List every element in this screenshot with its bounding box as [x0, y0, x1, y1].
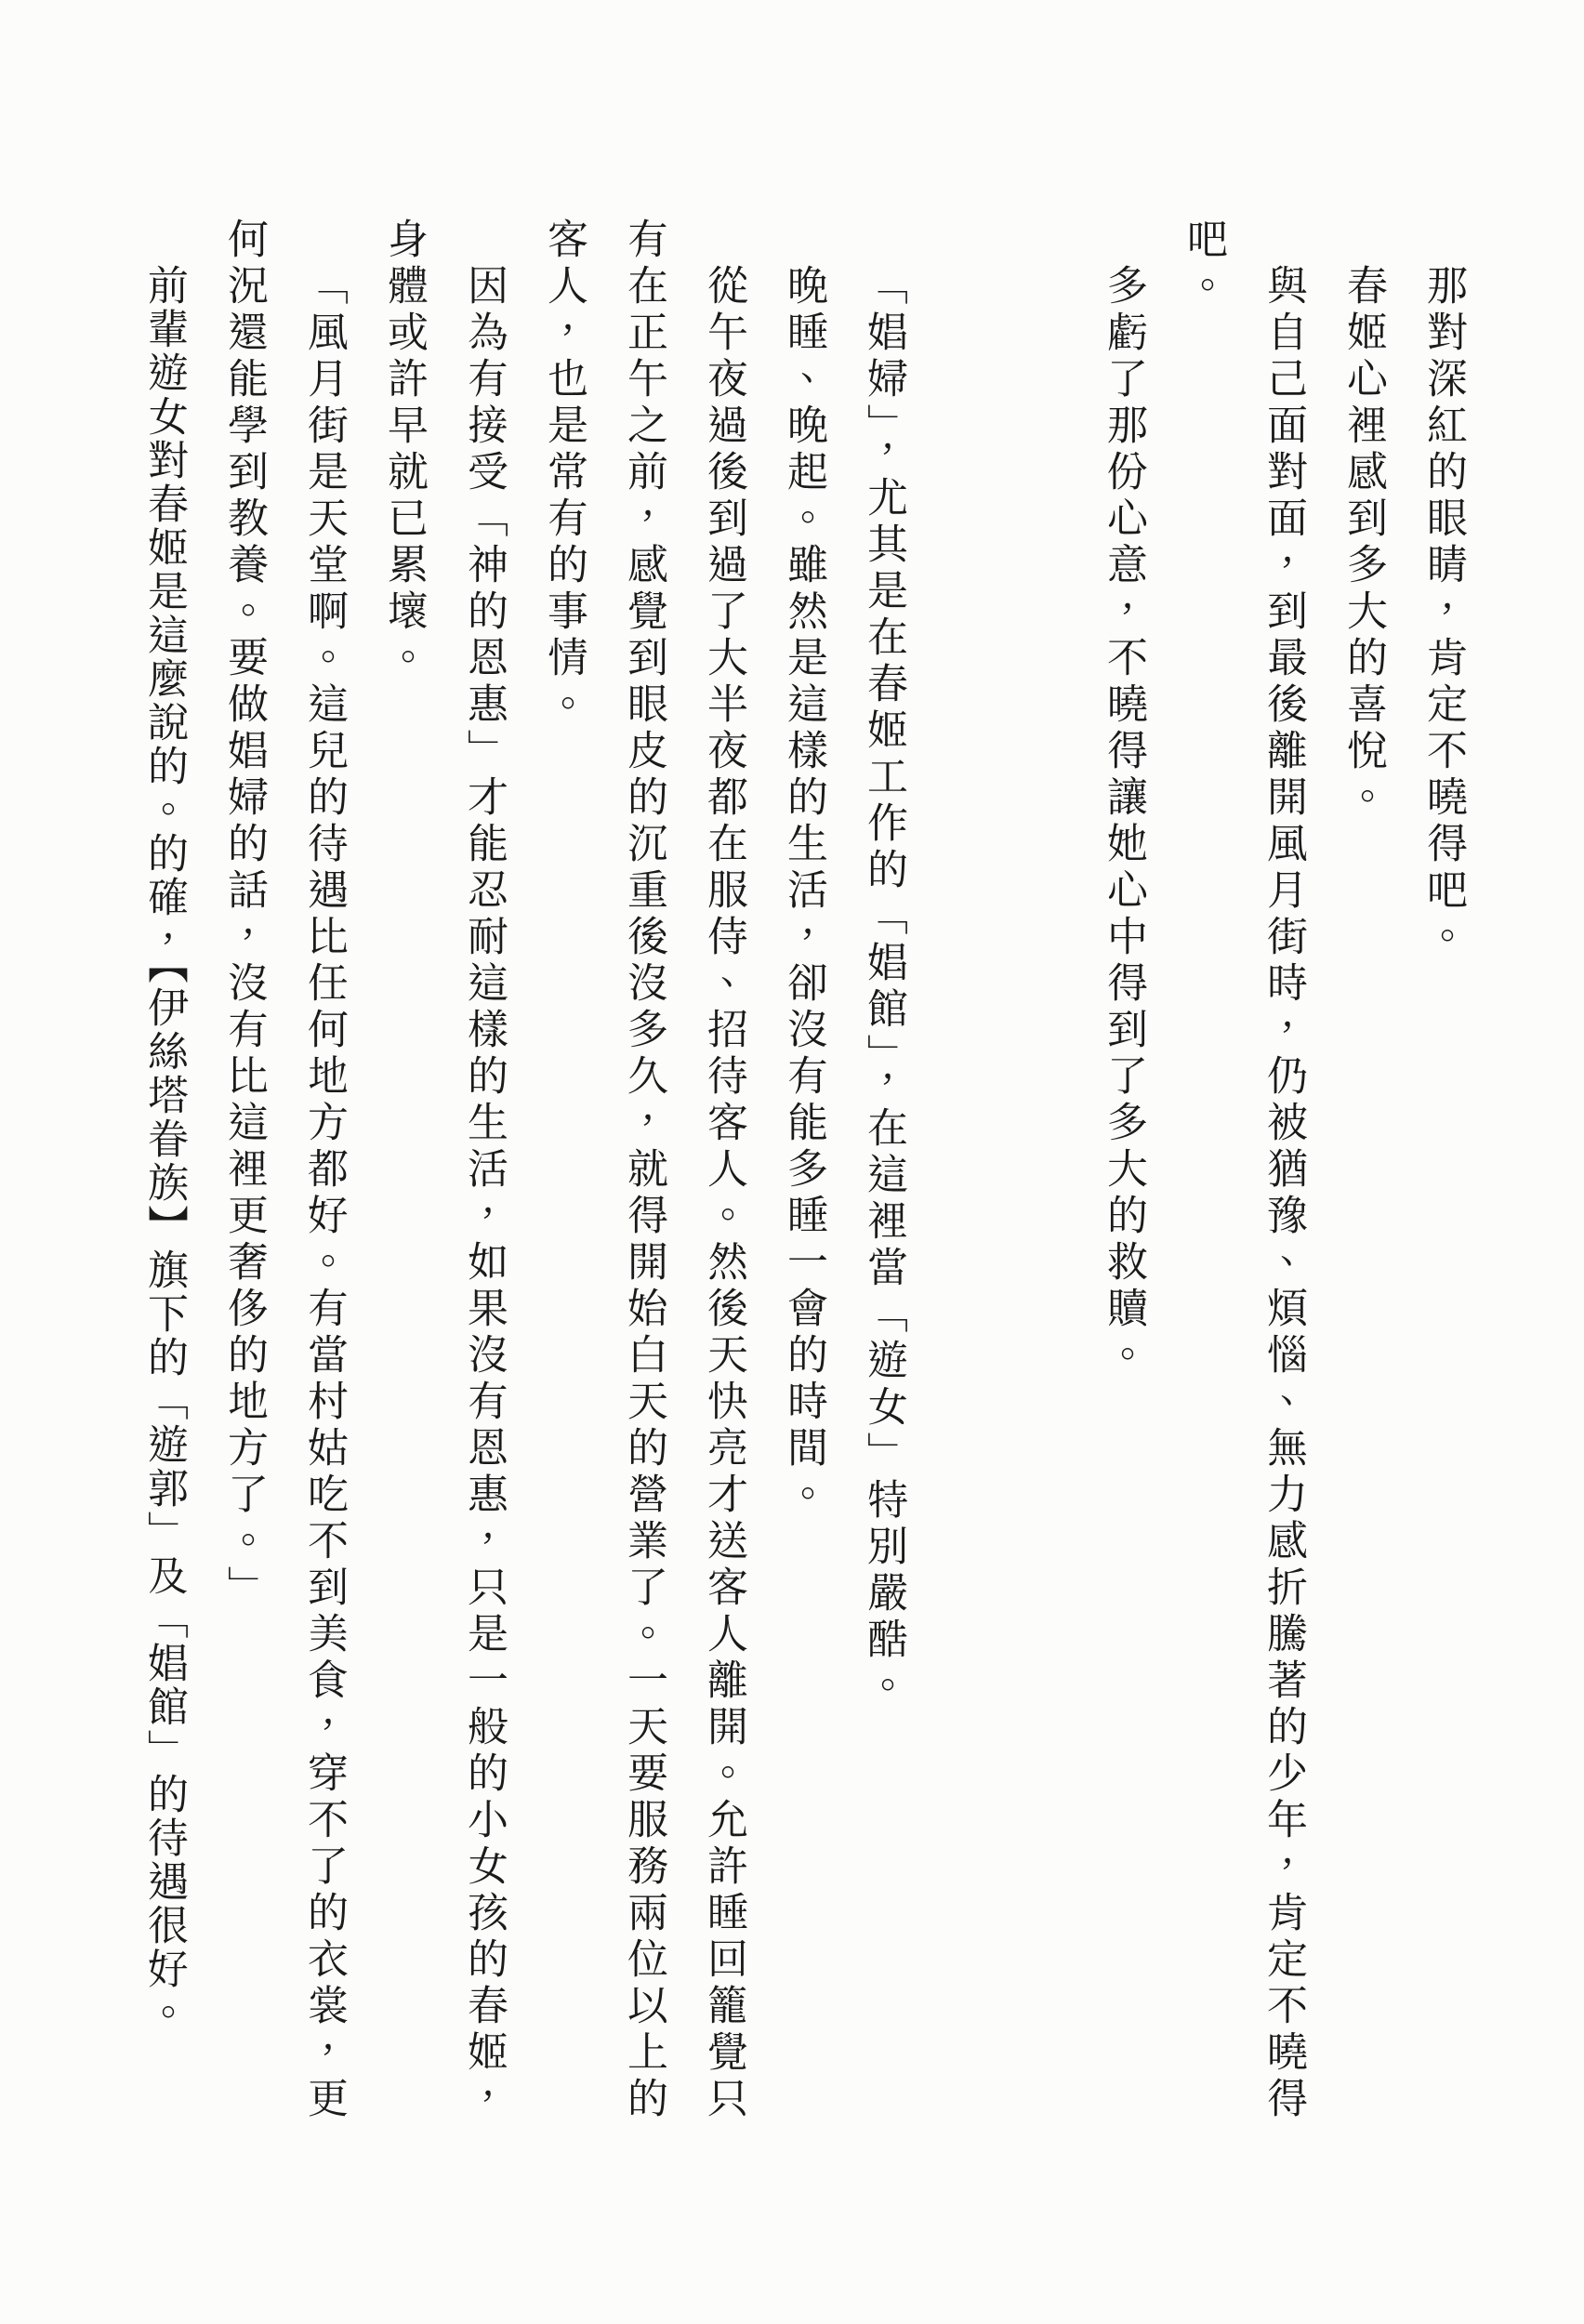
paragraph-2: 春姬心裡感到多大的喜悅。 — [1323, 218, 1403, 2129]
paragraph-7: 從午夜過後到過了大半夜都在服侍、招待客人。然後天快亮才送客人離開。允許睡回籠覺只… — [523, 218, 763, 2129]
paragraph-4: 多虧了那份心意，不曉得讓她心中得到了多大的救贖。 — [1083, 218, 1163, 2129]
paragraph-5: 「娼婦」，尤其是在春姬工作的「娼館」，在這裡當「遊女」特別嚴酷。 — [843, 218, 923, 2129]
book-page: 那對深紅的眼睛，肯定不曉得吧。 春姬心裡感到多大的喜悅。 與自己面對面，到最後離… — [0, 0, 1584, 2324]
paragraph-3: 與自己面對面，到最後離開風月街時，仍被猶豫、煩惱、無力感折騰著的少年，肯定不曉得… — [1163, 218, 1323, 2129]
paragraph-8: 因為有接受「神的恩惠」才能忍耐這樣的生活，如果沒有恩惠，只是一般的小女孩的春姬，… — [363, 218, 523, 2129]
vertical-text-block: 那對深紅的眼睛，肯定不曉得吧。 春姬心裡感到多大的喜悅。 與自己面對面，到最後離… — [124, 218, 1483, 2129]
paragraph-10: 前輩遊女對春姬是這麼說的。的確，【伊絲塔眷族】旗下的「遊郭」及「娼館」的待遇很好… — [124, 218, 204, 2129]
paragraph-9: 「風月街是天堂啊。這兒的待遇比任何地方都好。有當村姑吃不到美食，穿不了的衣裳，更… — [204, 218, 363, 2129]
paragraph-6: 晚睡、晚起。雖然是這樣的生活，卻沒有能多睡一會的時間。 — [763, 218, 843, 2129]
paragraph-1: 那對深紅的眼睛，肯定不曉得吧。 — [1403, 218, 1483, 2129]
screenshot-root: { "page": { "colors": { "paper": "#fcfcf… — [0, 0, 1584, 2324]
